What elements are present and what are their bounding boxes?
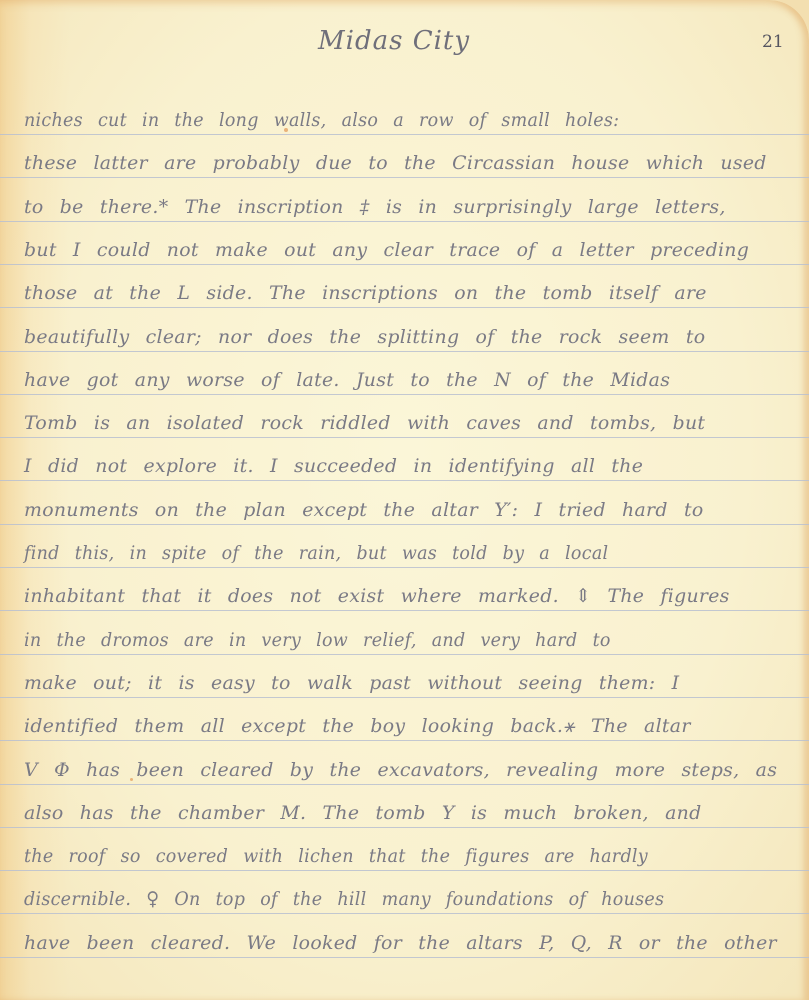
- handwritten-line: have got any worse of late. Just to the …: [24, 364, 779, 396]
- handwritten-line: but I could not make out any clear trace…: [24, 234, 779, 266]
- ruled-text-body: niches cut in the long walls, also a row…: [0, 0, 809, 1000]
- handwritten-line: also has the chamber M. The tomb Y is mu…: [24, 797, 779, 829]
- handwritten-line: these latter are probably due to the Cir…: [24, 147, 779, 179]
- handwritten-line: identified them all except the boy looki…: [24, 710, 779, 742]
- handwritten-line: beautifully clear; nor does the splittin…: [24, 321, 779, 353]
- handwritten-line: to be there.* The inscription ‡ is in su…: [24, 191, 779, 223]
- handwritten-line: the roof so covered with lichen that the…: [24, 840, 724, 872]
- handwritten-line: I did not explore it. I succeeded in ide…: [24, 450, 779, 482]
- handwritten-line: find this, in spite of the rain, but was…: [24, 537, 724, 569]
- handwritten-line: V Φ has been cleared by the excavators, …: [24, 754, 779, 786]
- handwritten-line: inhabitant that it does not exist where …: [24, 580, 779, 612]
- handwritten-line: have been cleared. We looked for the alt…: [24, 927, 779, 959]
- handwritten-line: make out; it is easy to walk past withou…: [24, 667, 779, 699]
- handwritten-line: those at the L side. The inscriptions on…: [24, 277, 779, 309]
- handwritten-line: monuments on the plan except the altar Y…: [24, 494, 779, 526]
- handwritten-line: niches cut in the long walls, also a row…: [24, 104, 724, 136]
- paper-stain: [284, 128, 288, 132]
- handwritten-line: in the dromos are in very low relief, an…: [24, 624, 724, 656]
- handwritten-line: Tomb is an isolated rock riddled with ca…: [24, 407, 779, 439]
- handwritten-line: discernible. ♀ On top of the hill many f…: [24, 883, 724, 915]
- notebook-page: Midas City 21 niches cut in the long wal…: [0, 0, 809, 1000]
- paper-stain: [130, 778, 133, 781]
